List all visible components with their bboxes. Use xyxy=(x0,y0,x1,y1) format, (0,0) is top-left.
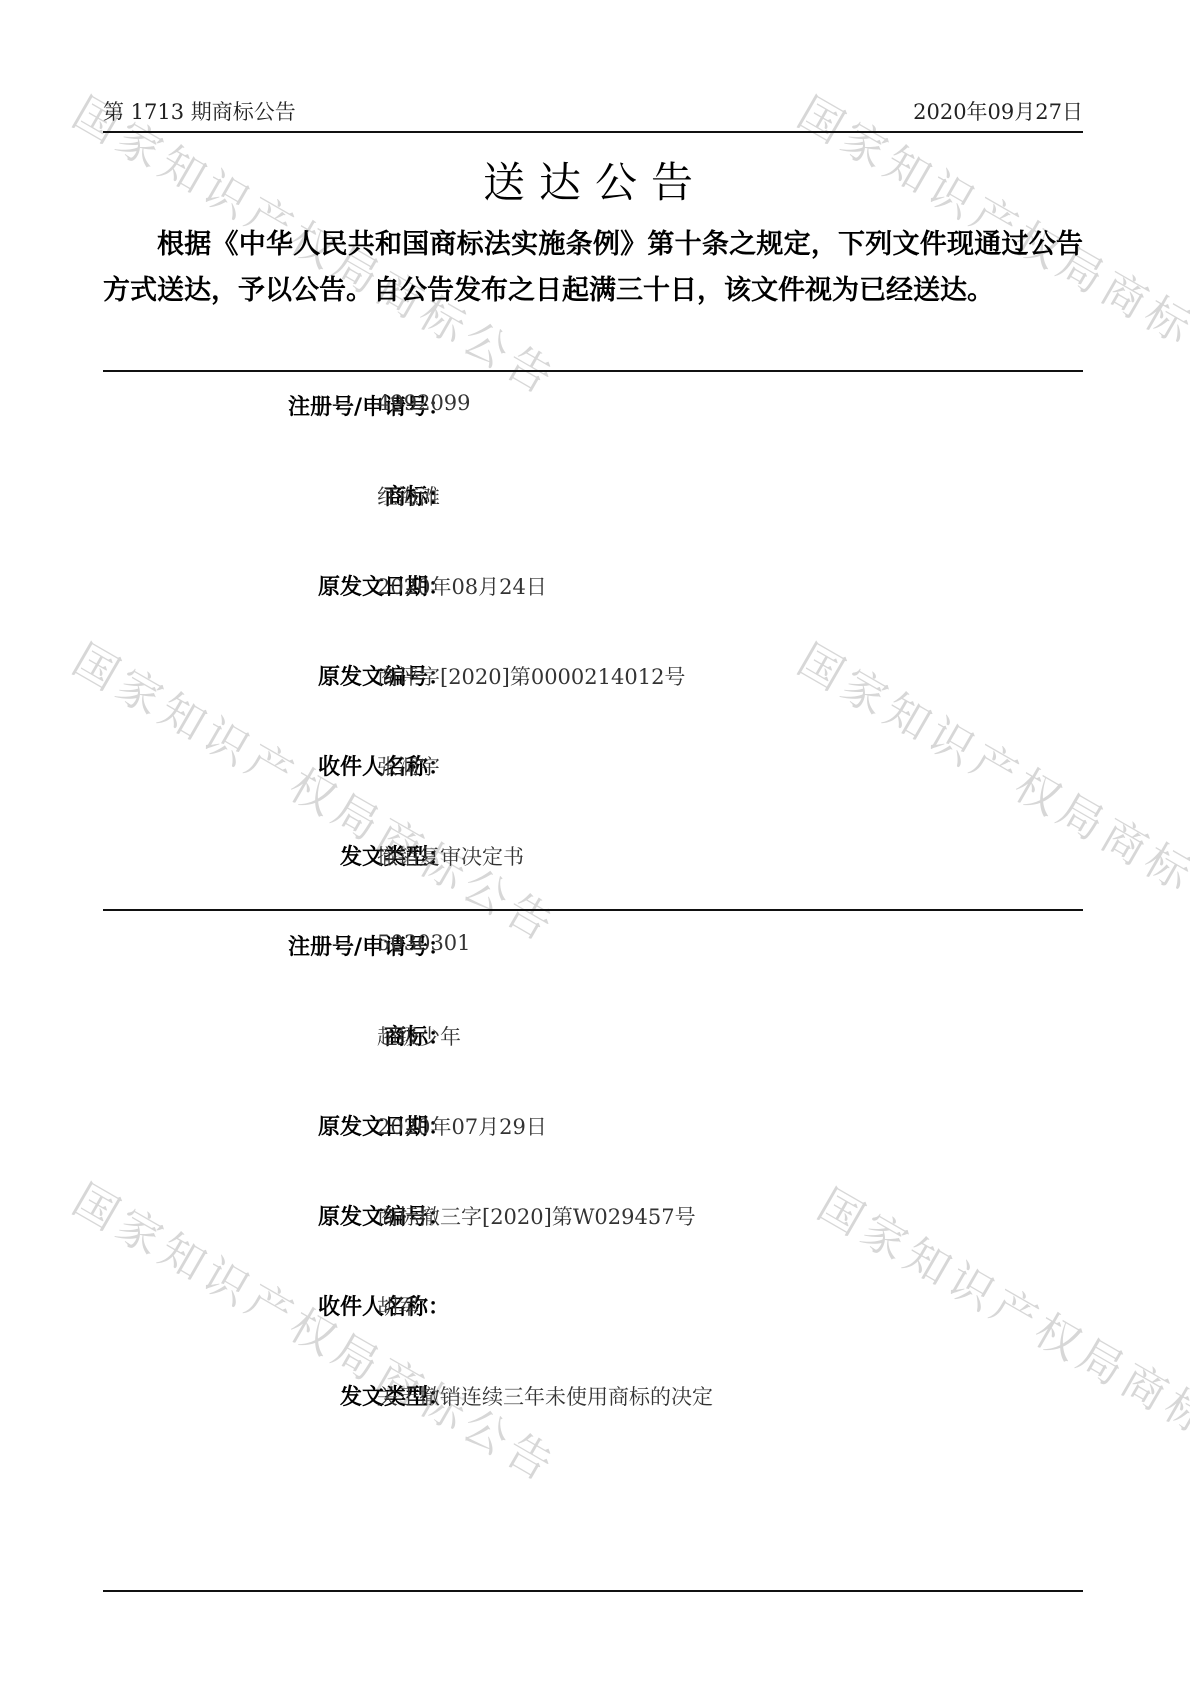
header-divider xyxy=(103,131,1083,133)
announcement-page: 国家知识产权局商标公告 国家知识产权局商标公告 国家知识产权局商标公告 国家知识… xyxy=(0,0,1190,1684)
field-doc-type: 发文类型： 关于撤销连续三年未使用商标的决定 xyxy=(103,1380,1083,1416)
section-divider xyxy=(103,370,1083,372)
intro-paragraph: 根据《中华人民共和国商标法实施条例》第十条之规定，下列文件现通过公告方式送达，予… xyxy=(103,222,1083,314)
field-recipient: 收件人名称： 张洞宇 xyxy=(103,750,1083,786)
field-orig-date: 原发文日期： 2020年08月24日 xyxy=(103,570,1083,606)
field-trademark: 商标： 红海滩 xyxy=(103,480,1083,516)
value-orig-date: 2020年08月24日 xyxy=(377,571,547,601)
field-orig-no: 原发文编号： 商标撤三字[2020]第W029457号 xyxy=(103,1200,1083,1236)
issue-number: 第 1713 期商标公告 xyxy=(103,96,296,126)
field-recipient: 收件人名称： 胡军 xyxy=(103,1290,1083,1326)
field-trademark: 商标： 超级少年 xyxy=(103,1020,1083,1056)
publish-date: 2020年09月27日 xyxy=(913,96,1083,126)
footer-divider xyxy=(103,1590,1083,1592)
value-reg-no: 5030301 xyxy=(377,931,471,955)
value-trademark: 超级少年 xyxy=(377,1021,461,1051)
value-trademark: 红海滩 xyxy=(377,481,440,511)
value-reg-no: 4992099 xyxy=(377,391,471,415)
record-divider xyxy=(103,909,1083,911)
field-reg-no: 注册号/申请号： 5030301 xyxy=(103,930,1083,966)
value-orig-date: 2020年07月29日 xyxy=(377,1111,547,1141)
field-doc-type: 发文类型： 撤销复审决定书 xyxy=(103,840,1083,876)
field-orig-no: 原发文编号： 商评字[2020]第0000214012号 xyxy=(103,660,1083,696)
value-recipient: 胡军 xyxy=(377,1291,419,1321)
page-header: 第 1713 期商标公告 2020年09月27日 xyxy=(103,92,1083,132)
field-reg-no: 注册号/申请号： 4992099 xyxy=(103,390,1083,426)
value-orig-no: 商标撤三字[2020]第W029457号 xyxy=(377,1201,696,1231)
page-title: 送达公告 xyxy=(0,150,1190,210)
value-doc-type: 关于撤销连续三年未使用商标的决定 xyxy=(377,1381,713,1411)
value-orig-no: 商评字[2020]第0000214012号 xyxy=(377,661,685,691)
field-orig-date: 原发文日期： 2020年07月29日 xyxy=(103,1110,1083,1146)
value-recipient: 张洞宇 xyxy=(377,751,440,781)
value-doc-type: 撤销复审决定书 xyxy=(377,841,524,871)
